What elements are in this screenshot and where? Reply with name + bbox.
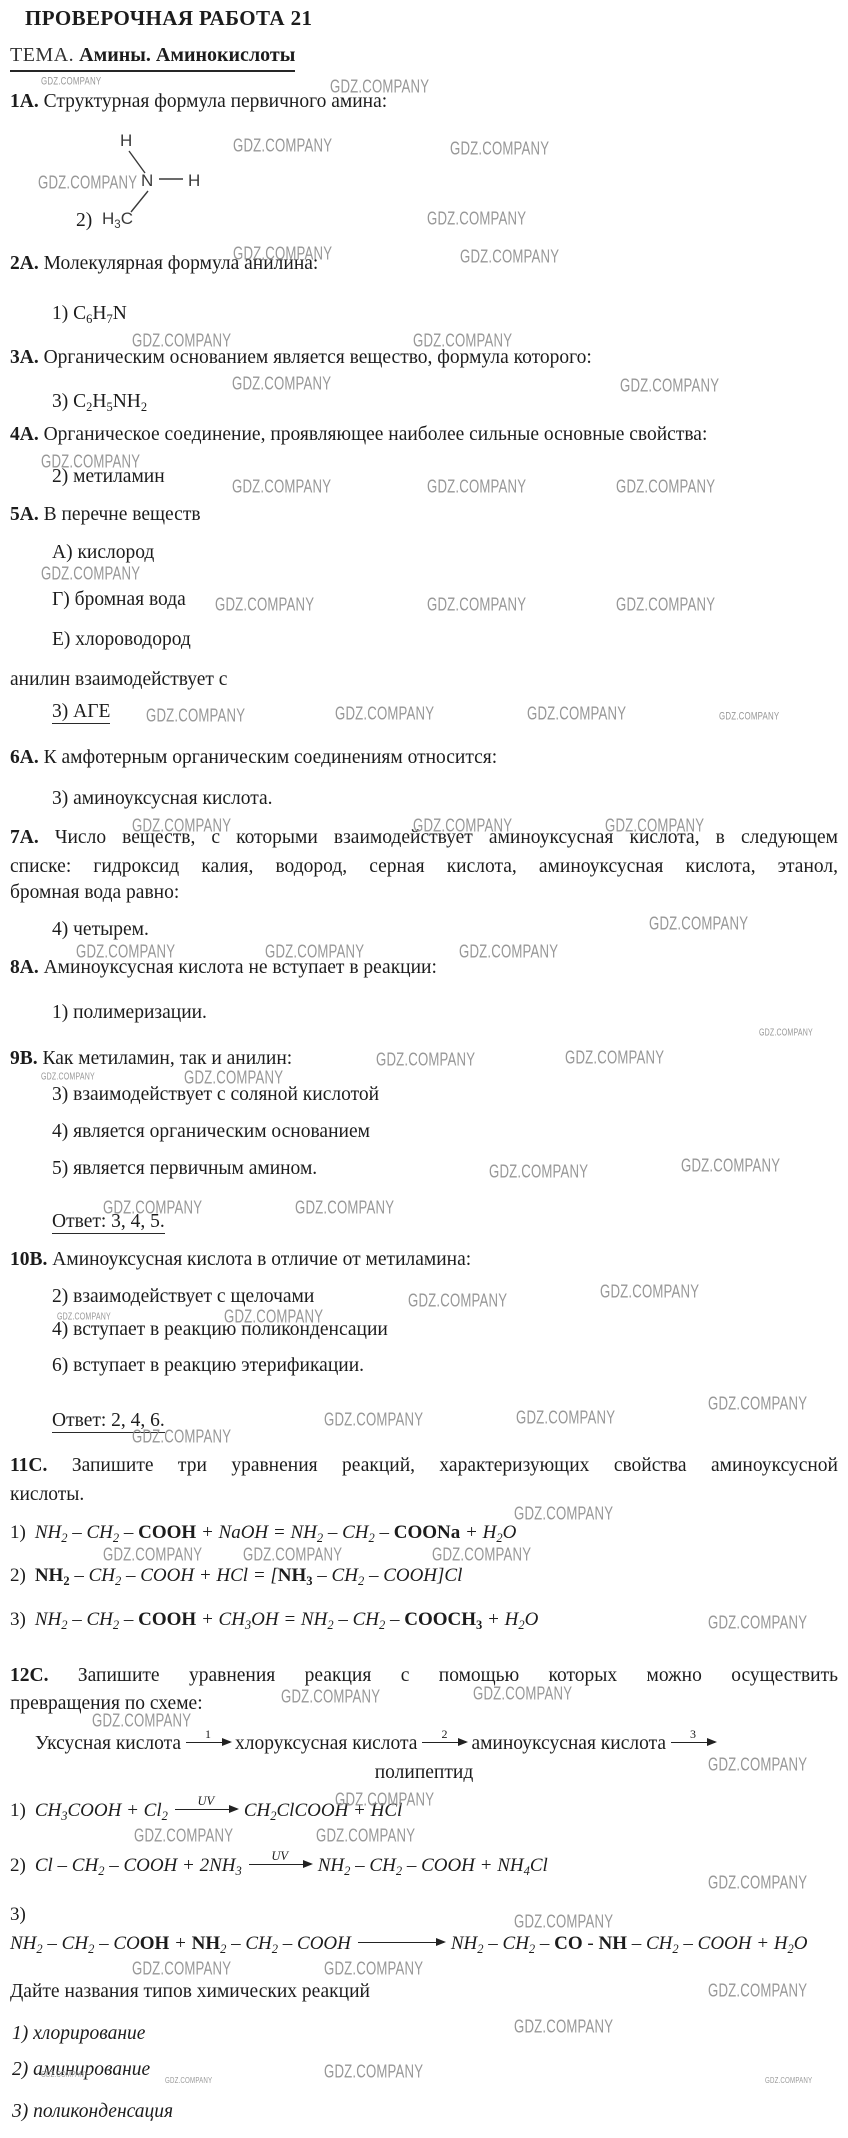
watermark: GDZ.COMPANY	[376, 1051, 475, 1069]
watermark: GDZ.COMPANY	[232, 478, 331, 496]
question-5: 5А. В перечне веществ	[10, 503, 201, 527]
question-3-answer: 3) C2H5NH2	[52, 390, 147, 414]
watermark: GDZ.COMPANY	[616, 596, 715, 614]
question-3-number: 3А.	[10, 347, 39, 368]
scheme-arrow-3: 3	[671, 1742, 715, 1743]
worksheet-page: { "document": { "title": "ПРОВЕРОЧНАЯ РА…	[0, 0, 848, 2138]
equation-body: NH2 – CH2 – COOH + NaOH = NH2 – CH2 – CO…	[35, 1522, 516, 1543]
scheme-arrow-label: 3	[671, 1728, 715, 1740]
question-11-line2: кислоты.	[10, 1483, 84, 1507]
watermark: GDZ.COMPANY	[765, 2077, 812, 2086]
topic-label: ТЕМА.	[10, 44, 74, 66]
topic-title: Амины. Аминокислоты	[79, 44, 295, 66]
reaction-arrow	[358, 1942, 444, 1943]
question-4-number: 4А.	[10, 424, 39, 445]
topic-heading: ТЕМА. Амины. Аминокислоты	[10, 44, 295, 72]
question-5-item: А) кислород	[52, 541, 154, 565]
watermark: GDZ.COMPANY	[708, 1874, 807, 1892]
watermark: GDZ.COMPANY	[450, 140, 549, 158]
watermark: GDZ.COMPANY	[103, 1199, 202, 1217]
scheme-step: аминоуксусная кислота	[471, 1733, 666, 1754]
scheme-arrow-label: 2	[422, 1728, 466, 1740]
watermark: GDZ.COMPANY	[473, 1685, 572, 1703]
watermark: GDZ.COMPANY	[413, 332, 512, 350]
question-6-number: 6А.	[10, 747, 39, 768]
watermark: GDZ.COMPANY	[681, 1157, 780, 1175]
watermark: GDZ.COMPANY	[146, 707, 245, 725]
watermark: GDZ.COMPANY	[708, 1395, 807, 1413]
watermark: GDZ.COMPANY	[620, 377, 719, 395]
watermark: GDZ.COMPANY	[427, 478, 526, 496]
question-8-number: 8А.	[10, 957, 39, 978]
scheme-arrow-label: 1	[186, 1728, 230, 1740]
watermark: GDZ.COMPANY	[514, 1913, 613, 1931]
question-10-option: 6) вступает в реакцию этерификации.	[52, 1354, 364, 1378]
watermark: GDZ.COMPANY	[708, 1756, 807, 1774]
scheme-step: хлоруксусная кислота	[235, 1733, 417, 1754]
question-6-answer: 3) аминоуксусная кислота.	[52, 787, 273, 811]
question-5-answer: 3) АГЕ	[52, 700, 110, 724]
watermark: GDZ.COMPANY	[427, 210, 526, 228]
watermark: GDZ.COMPANY	[324, 1411, 423, 1429]
atom-h-right: H	[188, 171, 200, 190]
equation-11-3: 3)NH2 – CH2 – COOH + CH3OH = NH2 – CH2 –…	[10, 1608, 538, 1632]
question-5-number: 5А.	[10, 504, 39, 525]
equation-number: 2)	[10, 1565, 26, 1586]
question-7-number: 7А.	[10, 827, 39, 848]
watermark: GDZ.COMPANY	[335, 705, 434, 723]
watermark: GDZ.COMPANY	[316, 1827, 415, 1845]
watermark: GDZ.COMPANY	[514, 2018, 613, 2036]
question-9-option: 4) является органическим основанием	[52, 1120, 370, 1144]
equation-left: Cl – CH2 – COOH + 2NH3	[35, 1855, 242, 1876]
question-6-text: К амфотерным органическим соединениям от…	[44, 747, 498, 768]
watermark: GDZ.COMPANY	[224, 1308, 323, 1326]
watermark: GDZ.COMPANY	[719, 711, 779, 722]
watermark: GDZ.COMPANY	[408, 1292, 507, 1310]
equation-number: 1)	[10, 1800, 26, 1821]
equation-left: CH3COOH + Cl2	[35, 1800, 168, 1821]
reaction-scheme: Уксусная кислота1хлоруксусная кислота2ам…	[35, 1732, 720, 1756]
equation-right: NH2 – CH2 – COOH + NH4Cl	[318, 1855, 548, 1876]
watermark: GDZ.COMPANY	[41, 76, 101, 87]
question-11-number: 11С.	[10, 1455, 47, 1476]
question-9-option: 5) является первичным амином.	[52, 1157, 317, 1181]
question-10-number: 10В.	[10, 1249, 47, 1270]
watermark: GDZ.COMPANY	[132, 1960, 231, 1978]
watermark: GDZ.COMPANY	[413, 817, 512, 835]
uv-arrow: UV	[175, 1809, 237, 1810]
watermark: GDZ.COMPANY	[132, 1428, 231, 1446]
watermark: GDZ.COMPANY	[57, 1312, 111, 1322]
question-9-text: Как метиламин, так и анилин:	[43, 1048, 293, 1069]
scheme-arrow-1: 1	[186, 1742, 230, 1743]
question-5-item: Е) хлороводород	[52, 628, 191, 652]
watermark: GDZ.COMPANY	[708, 1614, 807, 1632]
watermark: GDZ.COMPANY	[514, 1505, 613, 1523]
equation-right: NH2 – CH2 – CO - NH – CH2 – COOH + H2O	[451, 1933, 808, 1954]
watermark: GDZ.COMPANY	[330, 78, 429, 96]
equation-body: NH2 – CH2 – COOH + CH3OH = NH2 – CH2 – C…	[35, 1609, 538, 1630]
watermark: GDZ.COMPANY	[516, 1409, 615, 1427]
watermark: GDZ.COMPANY	[324, 1960, 423, 1978]
question-11-text: Запишите три уравнения реакций, характер…	[72, 1455, 838, 1476]
watermark: GDZ.COMPANY	[759, 1028, 813, 1038]
watermark: GDZ.COMPANY	[281, 1688, 380, 1706]
question-4-text: Органическое соединение, проявляющее наи…	[44, 424, 708, 445]
arrow-label: UV	[249, 1850, 311, 1863]
document-page: ПРОВЕРОЧНАЯ РАБОТА 21 ТЕМА. Амины. Амино…	[0, 0, 848, 2138]
question-8-answer: 1) полимеризации.	[52, 1001, 207, 1025]
question-11-line1: 11С. Запишите три уравнения реакций, хар…	[10, 1454, 838, 1478]
question-7-answer: 4) четырем.	[52, 918, 149, 942]
atom-h-top: H	[120, 131, 132, 150]
watermark: GDZ.COMPANY	[324, 2063, 423, 2081]
equation-12-2: 2)Cl – CH2 – COOH + 2NH3UVNH2 – CH2 – CO…	[10, 1854, 548, 1878]
uv-arrow: UV	[249, 1864, 311, 1865]
question-7-line2: списке: гидроксид калия, водород, серная…	[10, 855, 838, 879]
equation-11-2: 2)NH2 – CH2 – COOH + HCl = [NH3 – CH2 – …	[10, 1564, 462, 1588]
question-5-item: Г) бромная вода	[52, 588, 186, 612]
question-12-text: Запишите уравнения реакция с помощью кот…	[78, 1665, 838, 1686]
watermark: GDZ.COMPANY	[232, 375, 331, 393]
watermark: GDZ.COMPANY	[265, 943, 364, 961]
watermark: GDZ.COMPANY	[649, 915, 748, 933]
watermark: GDZ.COMPANY	[134, 1827, 233, 1845]
watermark: GDZ.COMPANY	[92, 1712, 191, 1730]
question-5-answer-text: 3) АГЕ	[52, 701, 110, 724]
equation-12-3: NH2 – CH2 – COOH + NH2 – CH2 – COOHNH2 –…	[10, 1932, 808, 1956]
watermark: GDZ.COMPANY	[132, 332, 231, 350]
question-12-tail: Дайте названия типов химических реакций	[10, 1980, 370, 2004]
equation-12-3-number: 3)	[10, 1903, 35, 1927]
question-6: 6А. К амфотерным органическим соединения…	[10, 746, 497, 770]
equation-body: NH2 – CH2 – COOH + HCl = [NH3 – CH2 – CO…	[35, 1565, 463, 1586]
equation-number: 3)	[10, 1609, 26, 1630]
watermark: GDZ.COMPANY	[489, 1163, 588, 1181]
equation-number: 2)	[10, 1855, 26, 1876]
watermark: GDZ.COMPANY	[243, 1546, 342, 1564]
reaction-type: 3) поликонденсация	[12, 2100, 173, 2124]
question-10-option: 2) взаимодействует с щелочами	[52, 1285, 314, 1309]
watermark: GDZ.COMPANY	[184, 1069, 283, 1087]
question-9-number: 9В.	[10, 1048, 38, 1069]
watermark: GDZ.COMPANY	[41, 2071, 88, 2080]
watermark: GDZ.COMPANY	[215, 596, 314, 614]
watermark: GDZ.COMPANY	[41, 1072, 95, 1082]
page-title: ПРОВЕРОЧНАЯ РАБОТА 21	[25, 6, 312, 31]
equation-number: 3)	[10, 1904, 26, 1925]
watermark: GDZ.COMPANY	[335, 1791, 434, 1809]
question-2-number: 2А.	[10, 253, 39, 274]
question-12-number: 12С.	[10, 1665, 48, 1686]
watermark: GDZ.COMPANY	[600, 1283, 699, 1301]
watermark: GDZ.COMPANY	[527, 705, 626, 723]
watermark: GDZ.COMPANY	[295, 1199, 394, 1217]
question-4: 4А. Органическое соединение, проявляющее…	[10, 423, 707, 447]
watermark: GDZ.COMPANY	[605, 817, 704, 835]
scheme-arrow-2: 2	[422, 1742, 466, 1743]
arrow-label: UV	[175, 1795, 237, 1808]
h3c-c: C	[121, 209, 133, 228]
watermark: GDZ.COMPANY	[38, 174, 137, 192]
watermark: GDZ.COMPANY	[427, 596, 526, 614]
atom-n: N	[141, 171, 153, 190]
group-h3c: H3C	[102, 209, 133, 231]
bond-n-c	[131, 191, 148, 212]
equation-11-1: 1)NH2 – CH2 – COOH + NaOH = NH2 – CH2 – …	[10, 1521, 516, 1545]
watermark: GDZ.COMPANY	[708, 1982, 807, 2000]
watermark: GDZ.COMPANY	[565, 1049, 664, 1067]
watermark: GDZ.COMPANY	[41, 453, 140, 471]
watermark: GDZ.COMPANY	[233, 137, 332, 155]
scheme-step: Уксусная кислота	[35, 1733, 181, 1754]
question-2-answer: 1) C6H7N	[52, 302, 127, 326]
question-7-line3: бромная вода равно:	[10, 881, 179, 905]
equation-left: NH2 – CH2 – COOH + NH2 – CH2 – COOH	[10, 1933, 351, 1954]
watermark: GDZ.COMPANY	[103, 1546, 202, 1564]
equation-number: 1)	[10, 1522, 26, 1543]
watermark: GDZ.COMPANY	[233, 245, 332, 263]
question-1-number: 1А.	[10, 91, 39, 112]
bond-h-n	[129, 151, 145, 173]
watermark: GDZ.COMPANY	[165, 2077, 212, 2086]
watermark: GDZ.COMPANY	[616, 478, 715, 496]
watermark: GDZ.COMPANY	[132, 817, 231, 835]
question-10: 10В. Аминоуксусная кислота в отличие от …	[10, 1248, 471, 1272]
h3c-h: H	[102, 209, 114, 228]
question-12-line1: 12С. Запишите уравнения реакция с помощь…	[10, 1664, 838, 1688]
watermark: GDZ.COMPANY	[459, 943, 558, 961]
question-10-text: Аминоуксусная кислота в отличие от метил…	[52, 1249, 471, 1270]
watermark: GDZ.COMPANY	[41, 565, 140, 583]
reaction-type: 1) хлорирование	[12, 2022, 145, 2046]
watermark: GDZ.COMPANY	[460, 248, 559, 266]
question-5-text: В перечне веществ	[44, 504, 201, 525]
watermark: GDZ.COMPANY	[76, 943, 175, 961]
question-5-tail: анилин взаимодействует с	[10, 668, 227, 692]
watermark: GDZ.COMPANY	[432, 1546, 531, 1564]
question-8: 8А. Аминоуксусная кислота не вступает в …	[10, 956, 437, 980]
option-number: 2)	[76, 210, 92, 231]
